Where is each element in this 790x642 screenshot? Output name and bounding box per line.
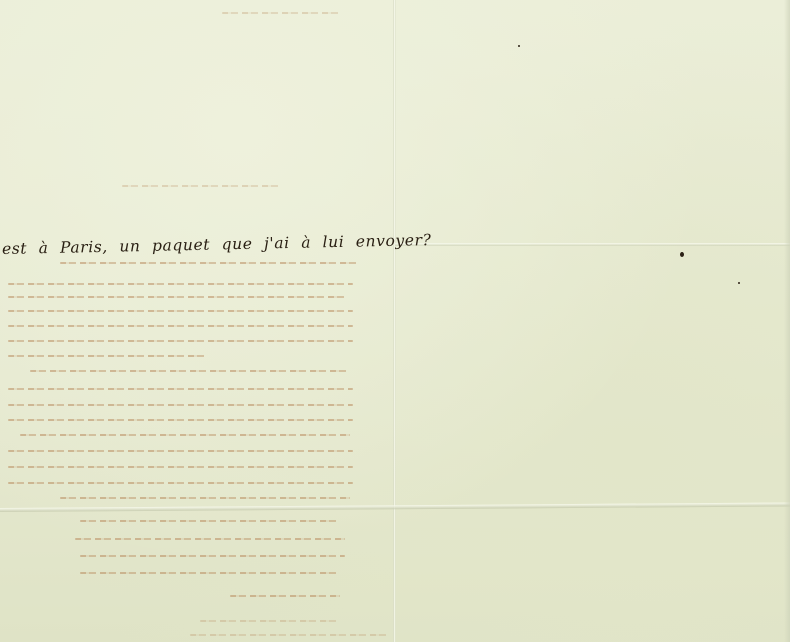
ink-speck bbox=[518, 45, 520, 47]
legible-handwritten-line: est à Paris, un paquet que j'ai à lui en… bbox=[2, 231, 432, 258]
ink-speck bbox=[738, 282, 740, 284]
paper-edge-shadow bbox=[784, 0, 790, 642]
ink-speck bbox=[680, 252, 684, 257]
vertical-fold-line bbox=[393, 0, 396, 642]
letter-sheet: est à Paris, un paquet que j'ai à lui en… bbox=[0, 0, 790, 642]
faded-salutation bbox=[122, 185, 282, 187]
horizontal-fold-line-upper bbox=[395, 243, 790, 246]
faded-date-line bbox=[222, 12, 342, 14]
